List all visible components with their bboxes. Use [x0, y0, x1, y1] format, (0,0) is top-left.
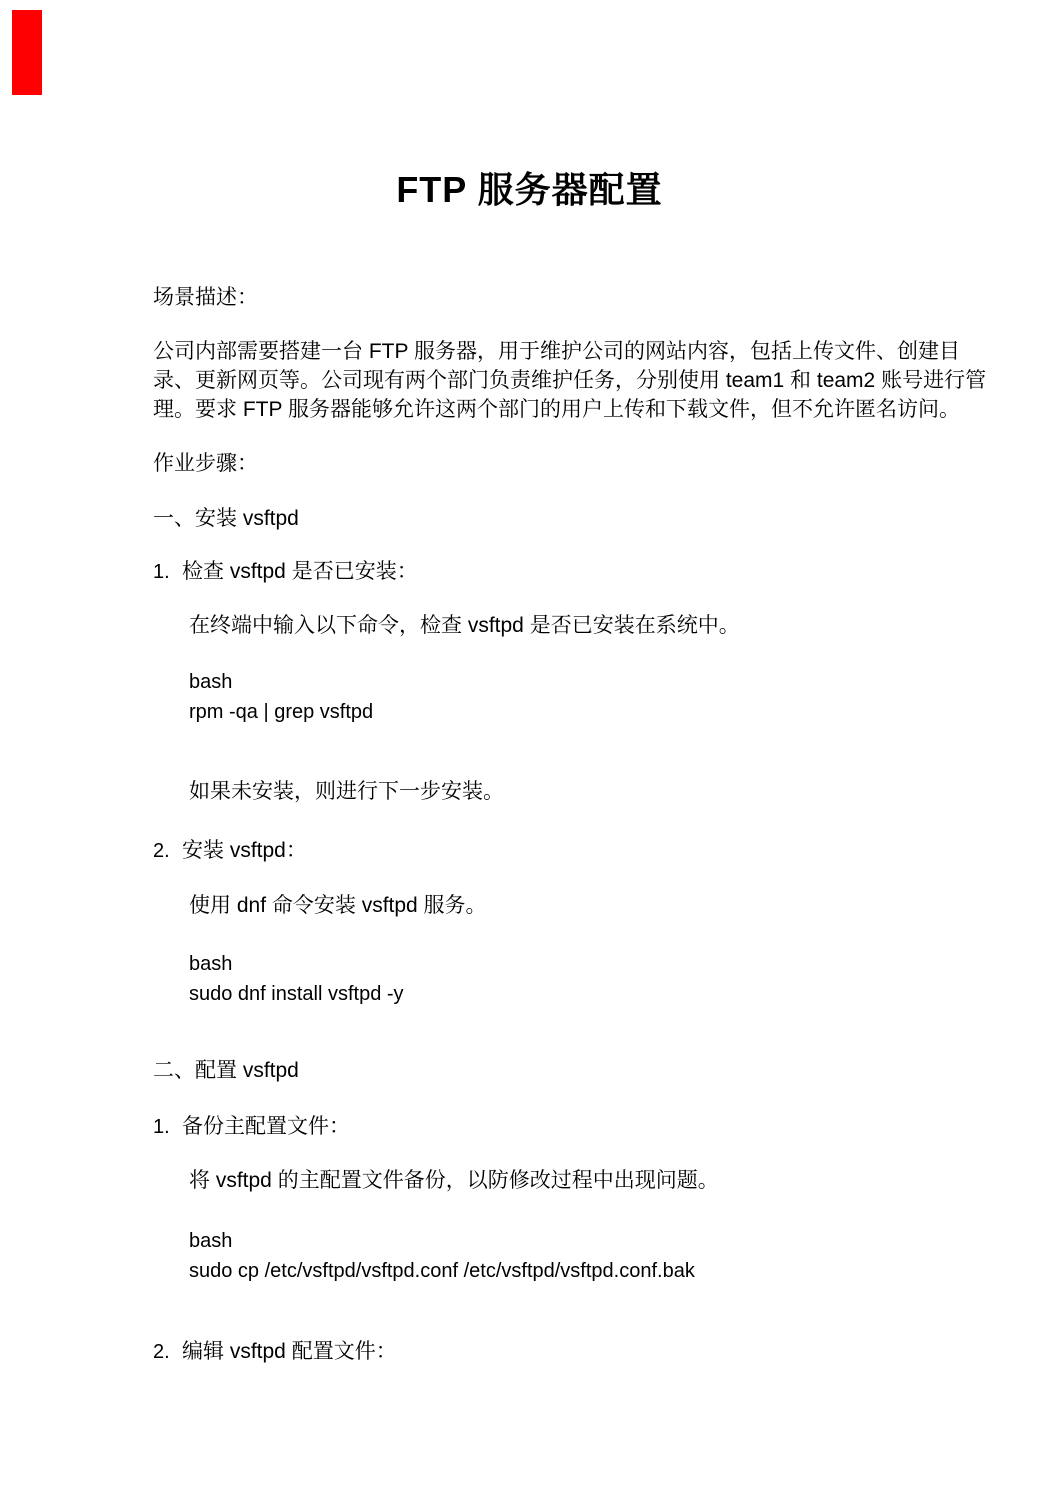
list-item-check-installed: 1. 检查 vsftpd 是否已安装： [153, 557, 910, 587]
item-note: 如果未安装，则进行下一步安装。 [189, 777, 910, 807]
list-item-install: 2. 安装 vsftpd： [153, 836, 910, 866]
scenario-paragraph: 公司内部需要搭建一台 FTP 服务器，用于维护公司的网站内容，包括上传文件、创建… [153, 337, 910, 424]
document-body: 场景描述： 公司内部需要搭建一台 FTP 服务器，用于维护公司的网站内容，包括上… [153, 283, 910, 1367]
code-language-label: bash [189, 949, 910, 979]
code-language-label: bash [189, 667, 910, 697]
scenario-line: 公司内部需要搭建一台 FTP 服务器，用于维护公司的网站内容，包括上传文件、创建… [153, 337, 910, 366]
section-heading-configure: 二、配置 vsftpd [153, 1056, 910, 1086]
code-block-backup: bash sudo cp /etc/vsftpd/vsftpd.conf /et… [189, 1226, 910, 1286]
item-description: 在终端中输入以下命令，检查 vsftpd 是否已安装在系统中。 [189, 611, 910, 641]
code-block-check: bash rpm -qa | grep vsftpd [189, 667, 910, 727]
code-block-install: bash sudo dnf install vsftpd -y [189, 949, 910, 1009]
page-title: FTP 服务器配置 [0, 0, 1059, 212]
red-corner-mark [12, 10, 42, 95]
list-item-edit-config: 2. 编辑 vsftpd 配置文件： [153, 1337, 910, 1367]
code-line: rpm -qa | grep vsftpd [189, 697, 910, 727]
scenario-line: 理。要求 FTP 服务器能够允许这两个部门的用户上传和下载文件，但不允许匿名访问… [153, 395, 910, 424]
list-item-number: 2. [153, 836, 182, 866]
list-item-title: 备份主配置文件： [182, 1112, 350, 1142]
list-item-backup-config: 1. 备份主配置文件： [153, 1112, 910, 1142]
list-item-title: 编辑 vsftpd 配置文件： [182, 1337, 397, 1367]
code-language-label: bash [189, 1226, 910, 1256]
document-page: FTP 服务器配置 场景描述： 公司内部需要搭建一台 FTP 服务器，用于维护公… [0, 0, 1059, 1497]
list-item-number: 1. [153, 1112, 182, 1142]
list-item-title: 安装 vsftpd： [182, 836, 307, 866]
code-line: sudo dnf install vsftpd -y [189, 979, 910, 1009]
scenario-line: 录、更新网页等。公司现有两个部门负责维护任务，分别使用 team1 和 team… [153, 366, 910, 395]
item-description: 使用 dnf 命令安装 vsftpd 服务。 [189, 891, 910, 921]
section-heading-install: 一、安装 vsftpd [153, 504, 910, 534]
list-item-title: 检查 vsftpd 是否已安装： [182, 557, 418, 587]
item-description: 将 vsftpd 的主配置文件备份，以防修改过程中出现问题。 [189, 1166, 910, 1196]
code-line: sudo cp /etc/vsftpd/vsftpd.conf /etc/vsf… [189, 1256, 910, 1286]
list-item-number: 2. [153, 1337, 182, 1367]
steps-heading: 作业步骤： [153, 449, 910, 479]
list-item-number: 1. [153, 557, 182, 587]
scenario-heading: 场景描述： [153, 283, 910, 313]
